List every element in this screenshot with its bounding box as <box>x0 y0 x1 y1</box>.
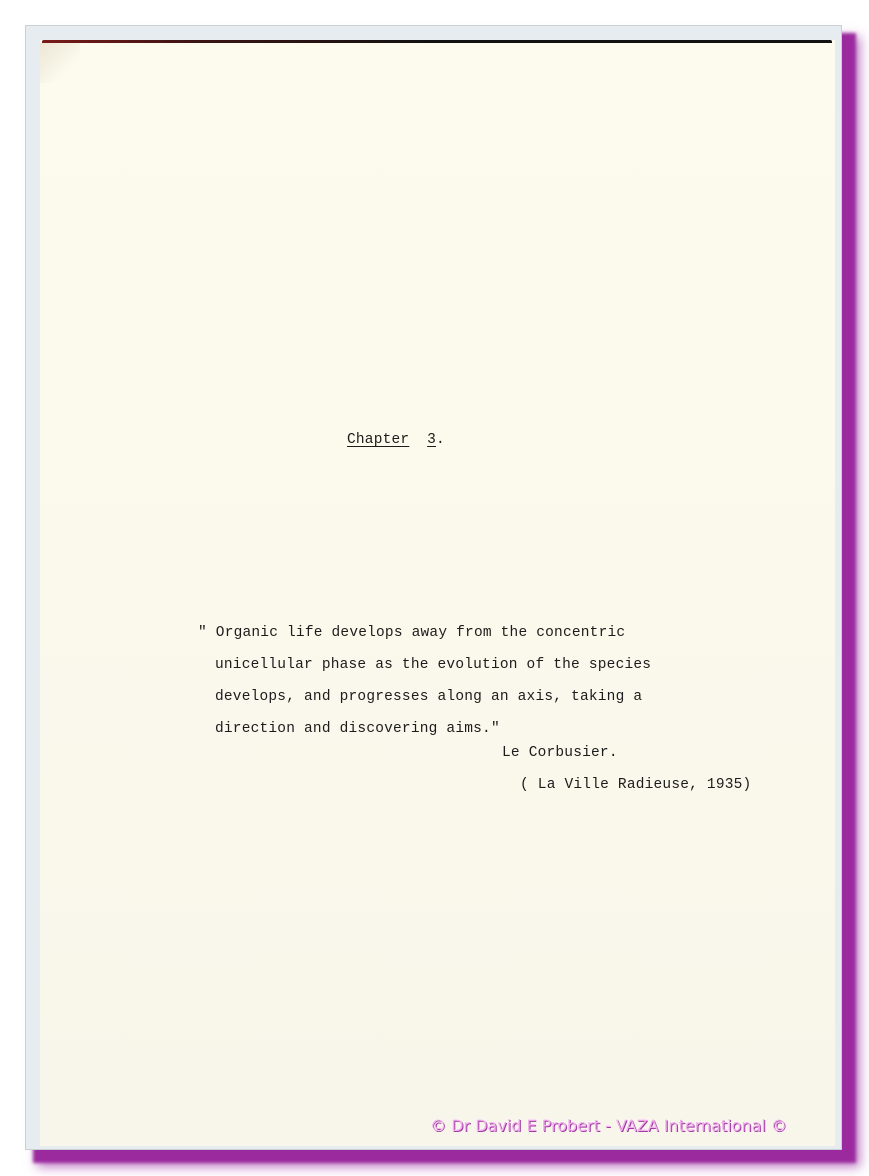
paper-page <box>40 40 835 1146</box>
copyright-watermark: © Dr David E Probert - VAZA Internationa… <box>430 1116 787 1135</box>
chapter-word: Chapter <box>347 432 409 448</box>
quote-line-4: direction and discovering aims." <box>215 721 500 737</box>
quote-author: Le Corbusier. <box>502 745 618 761</box>
quote-line-1: " Organic life develops away from the co… <box>198 625 625 641</box>
paper-corner-shade <box>40 43 80 83</box>
paper-top-edge <box>42 40 832 43</box>
quote-line-2: unicellular phase as the evolution of th… <box>215 657 651 673</box>
chapter-number: 3 <box>427 432 436 448</box>
quote-source: ( La Ville Radieuse, 1935) <box>520 777 751 793</box>
chapter-heading: Chapter 3. <box>347 432 445 448</box>
quote-line-3: develops, and progresses along an axis, … <box>215 689 642 705</box>
chapter-punct: . <box>436 432 445 448</box>
